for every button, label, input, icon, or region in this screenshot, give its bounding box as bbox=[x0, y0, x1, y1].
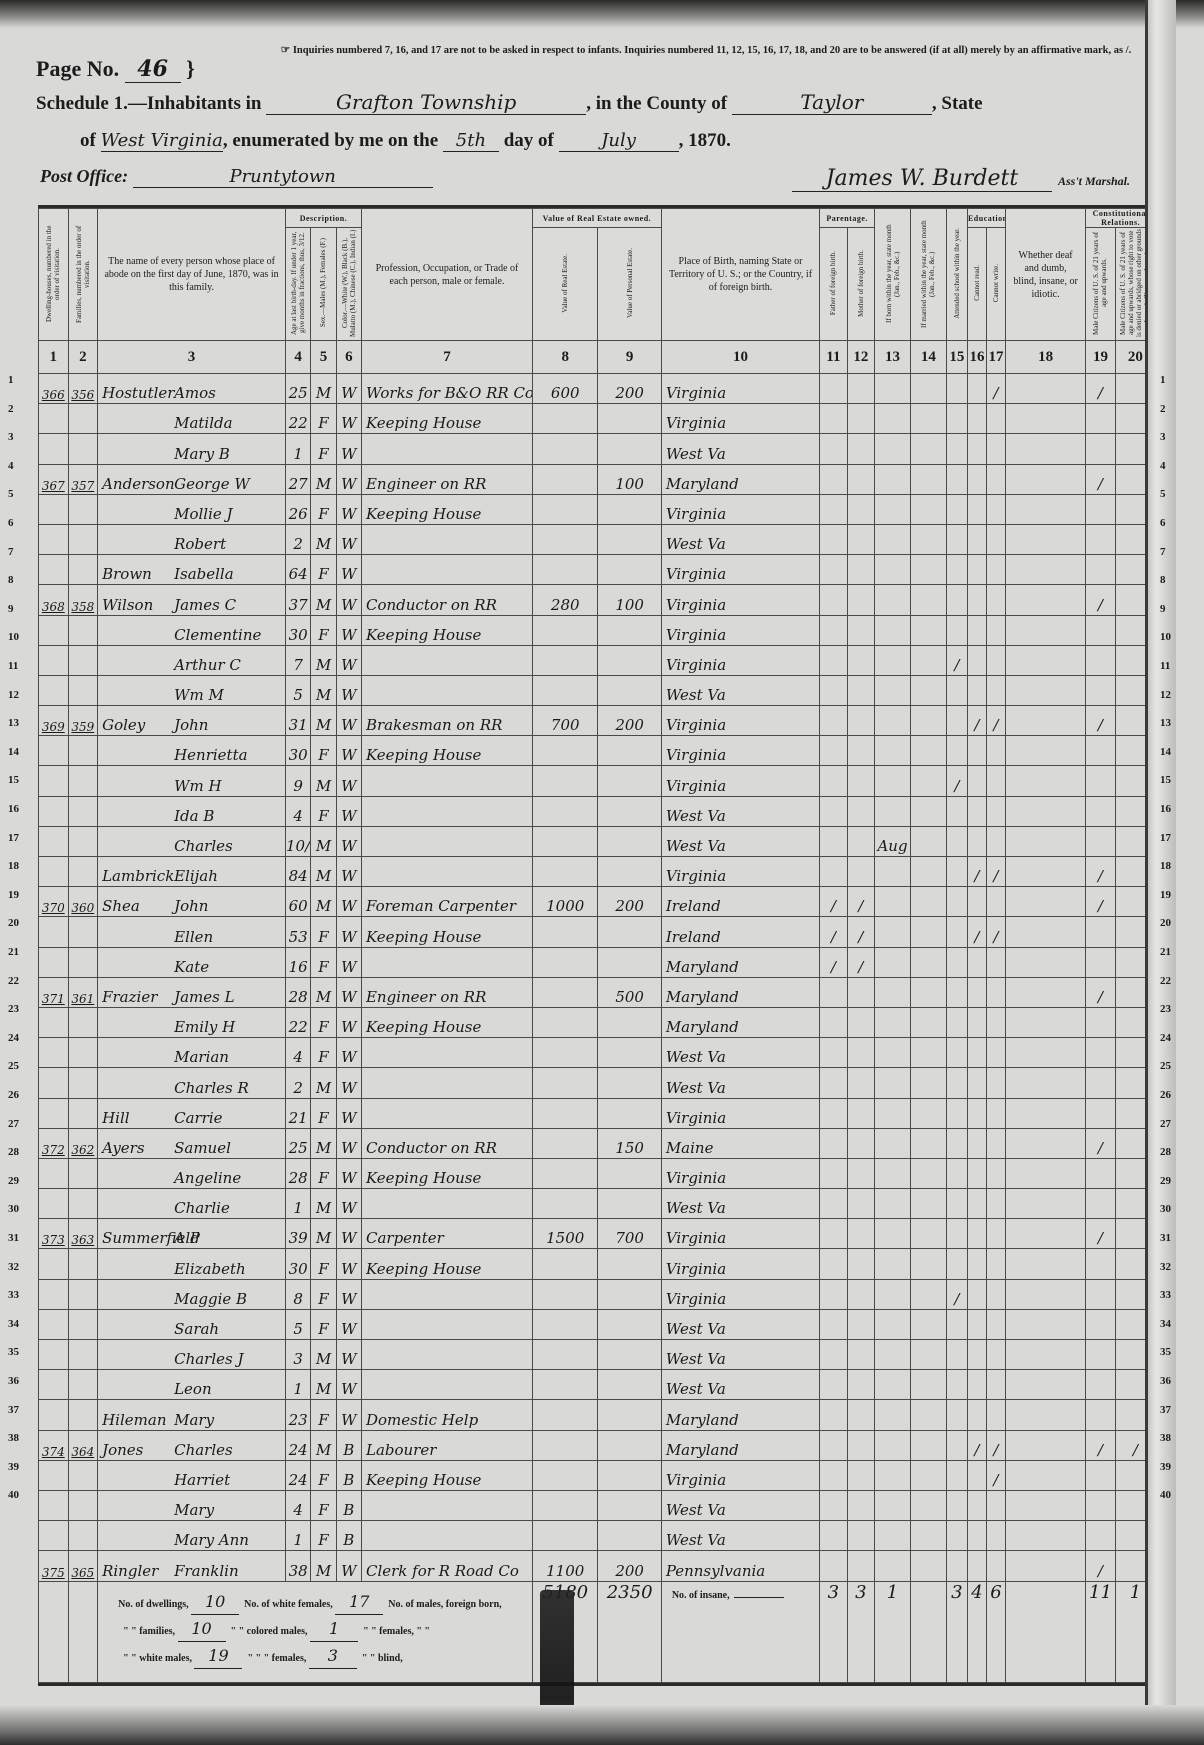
line-number-right: 31 bbox=[1160, 1232, 1171, 1244]
birthplace: Virginia bbox=[661, 585, 819, 615]
birthplace: West Va bbox=[661, 1309, 819, 1339]
deaf-blind-insane bbox=[1005, 675, 1085, 705]
surname: Hill bbox=[102, 1109, 174, 1127]
age: 25 bbox=[286, 1128, 311, 1158]
cannot-write-mark bbox=[986, 1158, 1005, 1188]
column-number-15: 15 bbox=[946, 341, 967, 374]
line-number-left: 11 bbox=[8, 660, 18, 672]
born-within-year bbox=[875, 1007, 911, 1037]
personal-estate-value bbox=[598, 1521, 661, 1551]
born-within-year bbox=[875, 706, 911, 736]
line-number-left: 31 bbox=[8, 1232, 19, 1244]
family-number bbox=[68, 766, 98, 796]
insane-count bbox=[734, 1597, 784, 1598]
personal-estate-value bbox=[598, 1460, 661, 1490]
birthplace: Virginia bbox=[661, 766, 819, 796]
real-estate-value bbox=[533, 1400, 598, 1430]
sex: F bbox=[311, 1098, 336, 1128]
enumerated-label: , enumerated by me on the bbox=[223, 130, 438, 151]
sex: M bbox=[311, 645, 336, 675]
cannot-write-mark bbox=[986, 1340, 1005, 1370]
cannot-read-mark bbox=[967, 1128, 986, 1158]
married-within-year bbox=[910, 1007, 946, 1037]
family-number bbox=[68, 947, 98, 977]
married-within-year bbox=[910, 706, 946, 736]
family-number bbox=[68, 1158, 98, 1188]
census-row: Kate16FWMaryland// bbox=[39, 947, 1156, 977]
birthplace: Virginia bbox=[661, 615, 819, 645]
real-estate-value bbox=[533, 1370, 598, 1400]
column-number-10: 10 bbox=[661, 341, 819, 374]
married-within-year bbox=[910, 1490, 946, 1520]
line-number-left: 14 bbox=[8, 746, 19, 758]
family-number bbox=[68, 736, 98, 766]
sex: F bbox=[311, 917, 336, 947]
born-within-year bbox=[875, 615, 911, 645]
cannot-write-mark bbox=[986, 615, 1005, 645]
mother-foreign-mark: / bbox=[847, 887, 874, 917]
person-name: RinglerFranklin bbox=[98, 1551, 286, 1581]
cannot-read-mark bbox=[967, 796, 986, 826]
mother-foreign-mark bbox=[847, 645, 874, 675]
of-label: of bbox=[80, 130, 96, 151]
sex: F bbox=[311, 404, 336, 434]
census-row: Clementine30FWKeeping HouseVirginia bbox=[39, 615, 1156, 645]
birthplace: Maine bbox=[661, 1128, 819, 1158]
family-number bbox=[68, 796, 98, 826]
sex: M bbox=[311, 1219, 336, 1249]
line-number-right: 36 bbox=[1160, 1375, 1171, 1387]
father-foreign-mark bbox=[820, 1370, 847, 1400]
sex: F bbox=[311, 1490, 336, 1520]
father-foreign-mark bbox=[820, 1340, 847, 1370]
male-citizen-mark: / bbox=[1086, 977, 1116, 1007]
attended-school-mark bbox=[946, 675, 967, 705]
census-row: Mary4FBWest Va bbox=[39, 1490, 1156, 1520]
personal-estate-value bbox=[598, 766, 661, 796]
color: W bbox=[336, 1400, 361, 1430]
color: W bbox=[336, 494, 361, 524]
age: 4 bbox=[286, 1490, 311, 1520]
occupation bbox=[361, 826, 532, 856]
male-citizen-mark bbox=[1086, 645, 1116, 675]
dwelling-number bbox=[39, 404, 69, 434]
line-number-right: 37 bbox=[1160, 1404, 1171, 1416]
given-name: Harriet bbox=[174, 1471, 230, 1489]
personal-estate-value bbox=[598, 796, 661, 826]
age: 31 bbox=[286, 706, 311, 736]
married-within-year bbox=[910, 1370, 946, 1400]
family-number bbox=[68, 645, 98, 675]
occupation: Keeping House bbox=[361, 1158, 532, 1188]
family-number bbox=[68, 1340, 98, 1370]
born-within-year bbox=[875, 374, 911, 404]
column-number-1: 1 bbox=[39, 341, 69, 374]
census-rows: 1234567891011121314151617181920 366356Ho… bbox=[39, 341, 1156, 1683]
father-foreign-mark bbox=[820, 464, 847, 494]
personal-estate-value: 150 bbox=[598, 1128, 661, 1158]
born-within-year bbox=[875, 1038, 911, 1068]
family-number: 357 bbox=[68, 464, 98, 494]
birthplace: West Va bbox=[661, 796, 819, 826]
parentage-group-head: Parentage. bbox=[820, 209, 875, 228]
dwelling-number bbox=[39, 917, 69, 947]
family-number: 358 bbox=[68, 585, 98, 615]
day-of-label: day of bbox=[504, 130, 554, 151]
dwelling-number bbox=[39, 1189, 69, 1219]
mother-foreign-mark bbox=[847, 1430, 874, 1460]
line-number-right: 38 bbox=[1160, 1432, 1171, 1444]
insane-label: No. of insane, bbox=[666, 1590, 730, 1601]
male-citizen-mark: / bbox=[1086, 1219, 1116, 1249]
dwelling-number: 372 bbox=[39, 1128, 69, 1158]
family-number bbox=[68, 1370, 98, 1400]
birthplace: Virginia bbox=[661, 494, 819, 524]
color: W bbox=[336, 1158, 361, 1188]
color: W bbox=[336, 404, 361, 434]
line-number-right: 8 bbox=[1160, 574, 1166, 586]
mother-foreign-mark bbox=[847, 1038, 874, 1068]
birthplace: West Va bbox=[661, 1189, 819, 1219]
attended-school-mark bbox=[946, 1219, 967, 1249]
age: 22 bbox=[286, 404, 311, 434]
age: 64 bbox=[286, 555, 311, 585]
line-number-left: 22 bbox=[8, 975, 19, 987]
occupation: Conductor on RR bbox=[361, 585, 532, 615]
age: 5 bbox=[286, 675, 311, 705]
given-name: Ida B bbox=[174, 807, 214, 825]
census-row: Angeline28FWKeeping HouseVirginia bbox=[39, 1158, 1156, 1188]
family-number bbox=[68, 917, 98, 947]
given-name: Leon bbox=[174, 1380, 212, 1398]
birthplace: West Va bbox=[661, 1038, 819, 1068]
birthplace: Virginia bbox=[661, 736, 819, 766]
deaf-blind-insane bbox=[1005, 826, 1085, 856]
attended-school-mark bbox=[946, 706, 967, 736]
deaf-blind-insane bbox=[1005, 615, 1085, 645]
married-within-year bbox=[910, 1309, 946, 1339]
sex: F bbox=[311, 1249, 336, 1279]
birthplace: Virginia bbox=[661, 1219, 819, 1249]
real-estate-value: 1500 bbox=[533, 1219, 598, 1249]
real-estate-value bbox=[533, 947, 598, 977]
mother-foreign-mark bbox=[847, 1219, 874, 1249]
sex: M bbox=[311, 826, 336, 856]
cannot-read-mark bbox=[967, 826, 986, 856]
personal-estate-value bbox=[598, 1309, 661, 1339]
married-within-year bbox=[910, 766, 946, 796]
occupation bbox=[361, 1340, 532, 1370]
cannot-write-mark bbox=[986, 494, 1005, 524]
given-name: Kate bbox=[174, 958, 209, 976]
father-foreign-mark bbox=[820, 1279, 847, 1309]
line-number-left: 8 bbox=[8, 574, 14, 586]
cannot-read-mark bbox=[967, 585, 986, 615]
male-citizen-mark bbox=[1086, 1309, 1116, 1339]
attended-school-mark bbox=[946, 1158, 967, 1188]
married-within-year bbox=[910, 1068, 946, 1098]
cannot-read-mark bbox=[967, 1219, 986, 1249]
sex: M bbox=[311, 675, 336, 705]
cannot-write-mark bbox=[986, 977, 1005, 1007]
male-citizen-mark bbox=[1086, 796, 1116, 826]
column-number-13: 13 bbox=[875, 341, 911, 374]
cannot-read-mark bbox=[967, 494, 986, 524]
father-foreign-mark: / bbox=[820, 887, 847, 917]
male-citizen-mark: / bbox=[1086, 1128, 1116, 1158]
sex: F bbox=[311, 494, 336, 524]
family-number bbox=[68, 615, 98, 645]
attended-school-mark bbox=[946, 555, 967, 585]
blind-label: " " blind, bbox=[362, 1653, 403, 1664]
occupation bbox=[361, 947, 532, 977]
real-estate-value: 280 bbox=[533, 585, 598, 615]
father-foreign-mark bbox=[820, 1068, 847, 1098]
occupation bbox=[361, 766, 532, 796]
cannot-read-mark bbox=[967, 1309, 986, 1339]
summary-blank-2 bbox=[68, 1581, 98, 1682]
father-foreign-mark bbox=[820, 706, 847, 736]
deaf-blind-insane bbox=[1005, 1038, 1085, 1068]
cannot-read-mark bbox=[967, 524, 986, 554]
person-name: HillCarrie bbox=[98, 1098, 286, 1128]
cannot-write-mark bbox=[986, 1128, 1005, 1158]
person-name: Sarah bbox=[98, 1309, 286, 1339]
mother-foreign-mark bbox=[847, 1400, 874, 1430]
father-foreign-mark bbox=[820, 1309, 847, 1339]
surname: Hostutler bbox=[102, 384, 174, 402]
deaf-blind-insane bbox=[1005, 947, 1085, 977]
line-number-left: 6 bbox=[8, 517, 14, 529]
line-number-right: 12 bbox=[1160, 689, 1171, 701]
deaf-blind-insane bbox=[1005, 1158, 1085, 1188]
given-name: Henrietta bbox=[174, 746, 247, 764]
father-foreign-mark bbox=[820, 1128, 847, 1158]
color: W bbox=[336, 1128, 361, 1158]
father-foreign-mark bbox=[820, 1219, 847, 1249]
dwelling-number bbox=[39, 1279, 69, 1309]
col-head-8: Value of Real Estate. bbox=[533, 228, 598, 341]
dwelling-number bbox=[39, 947, 69, 977]
total-c13: 1 bbox=[875, 1581, 911, 1682]
occupation bbox=[361, 1370, 532, 1400]
given-name: Robert bbox=[174, 535, 226, 553]
col-head-5-text: Sex.—Males (M.), Females (F.) bbox=[319, 238, 327, 327]
sex: M bbox=[311, 887, 336, 917]
column-number-18: 18 bbox=[1005, 341, 1085, 374]
born-within-year bbox=[875, 555, 911, 585]
census-row: Wm M5MWWest Va bbox=[39, 675, 1156, 705]
line-number-left: 7 bbox=[8, 546, 14, 558]
line-number-right: 23 bbox=[1160, 1003, 1171, 1015]
born-within-year bbox=[875, 464, 911, 494]
cannot-write-mark bbox=[986, 675, 1005, 705]
cannot-read-mark: / bbox=[967, 857, 986, 887]
census-row: Matilda22FWKeeping HouseVirginia bbox=[39, 404, 1156, 434]
person-name: Harriet bbox=[98, 1460, 286, 1490]
married-within-year bbox=[910, 977, 946, 1007]
color: B bbox=[336, 1521, 361, 1551]
color: W bbox=[336, 675, 361, 705]
deaf-blind-insane bbox=[1005, 1309, 1085, 1339]
person-name: JonesCharles bbox=[98, 1430, 286, 1460]
male-citizen-mark: / bbox=[1086, 857, 1116, 887]
census-row: Elizabeth30FWKeeping HouseVirginia bbox=[39, 1249, 1156, 1279]
personal-estate-value bbox=[598, 1249, 661, 1279]
person-name: Wm M bbox=[98, 675, 286, 705]
dwelling-number bbox=[39, 1249, 69, 1279]
occupation bbox=[361, 645, 532, 675]
sex: M bbox=[311, 1370, 336, 1400]
sex: F bbox=[311, 434, 336, 464]
father-foreign-mark bbox=[820, 857, 847, 887]
census-sheet: Page No. 46 } ☞ Inquiries numbered 7, 16… bbox=[0, 0, 1176, 1745]
person-name: Leon bbox=[98, 1370, 286, 1400]
sex: F bbox=[311, 1007, 336, 1037]
birthplace: Virginia bbox=[661, 555, 819, 585]
attended-school-mark bbox=[946, 796, 967, 826]
sex: F bbox=[311, 1038, 336, 1068]
born-within-year bbox=[875, 1128, 911, 1158]
color: W bbox=[336, 887, 361, 917]
personal-estate-value bbox=[598, 947, 661, 977]
marshal-signature: James W. Burdett bbox=[792, 166, 1052, 192]
attended-school-mark bbox=[946, 1098, 967, 1128]
attended-school-mark bbox=[946, 1490, 967, 1520]
birthplace: Virginia bbox=[661, 1460, 819, 1490]
color: B bbox=[336, 1460, 361, 1490]
married-within-year bbox=[910, 494, 946, 524]
col-head-2: Families, numbered in the order of visit… bbox=[68, 209, 98, 341]
line-number-right: 18 bbox=[1160, 860, 1171, 872]
county-label: , in the County of bbox=[586, 93, 727, 114]
male-citizen-mark bbox=[1086, 947, 1116, 977]
attended-school-mark bbox=[946, 1189, 967, 1219]
scan-shadow-bottom bbox=[0, 1705, 1204, 1745]
married-within-year bbox=[910, 887, 946, 917]
married-within-year bbox=[910, 404, 946, 434]
male-citizen-mark bbox=[1086, 434, 1116, 464]
born-within-year bbox=[875, 1430, 911, 1460]
family-number bbox=[68, 1007, 98, 1037]
col-head-19-text: Male Citizens of U. S. of 21 years of ag… bbox=[1092, 228, 1108, 338]
color: W bbox=[336, 857, 361, 887]
age: 30 bbox=[286, 615, 311, 645]
sex: F bbox=[311, 1309, 336, 1339]
surname: Jones bbox=[102, 1441, 174, 1459]
father-foreign-mark bbox=[820, 796, 847, 826]
given-name: Mary Ann bbox=[174, 1531, 249, 1549]
real-estate-value bbox=[533, 1309, 598, 1339]
married-within-year bbox=[910, 434, 946, 464]
attended-school-mark bbox=[946, 585, 967, 615]
dwelling-number bbox=[39, 1460, 69, 1490]
deaf-blind-insane bbox=[1005, 977, 1085, 1007]
person-name: WilsonJames C bbox=[98, 585, 286, 615]
sex: M bbox=[311, 374, 336, 404]
surname: Ringler bbox=[102, 1562, 174, 1580]
father-foreign-mark bbox=[820, 1460, 847, 1490]
line-number-right: 2 bbox=[1160, 403, 1166, 415]
male-citizen-mark bbox=[1086, 736, 1116, 766]
sex: F bbox=[311, 947, 336, 977]
attended-school-mark bbox=[946, 977, 967, 1007]
attended-school-mark bbox=[946, 1128, 967, 1158]
real-estate-value bbox=[533, 1158, 598, 1188]
census-row: Charles10/12MWWest VaAug bbox=[39, 826, 1156, 856]
col-head-9: Value of Personal Estate. bbox=[598, 228, 661, 341]
given-name: John bbox=[174, 897, 208, 915]
dwelling-number bbox=[39, 796, 69, 826]
col-head-15: Attended school within the year. bbox=[946, 209, 967, 341]
dwelling-number: 370 bbox=[39, 887, 69, 917]
father-foreign-mark bbox=[820, 585, 847, 615]
person-name: Maggie B bbox=[98, 1279, 286, 1309]
line-number-left: 5 bbox=[8, 488, 14, 500]
line-number-left: 20 bbox=[8, 917, 19, 929]
color: W bbox=[336, 736, 361, 766]
mother-foreign-mark bbox=[847, 404, 874, 434]
person-name: SheaJohn bbox=[98, 887, 286, 917]
person-name: Elizabeth bbox=[98, 1249, 286, 1279]
occupation: Keeping House bbox=[361, 494, 532, 524]
cannot-write-mark bbox=[986, 796, 1005, 826]
post-office-field: Pruntytown bbox=[133, 166, 433, 188]
sex: F bbox=[311, 555, 336, 585]
family-number bbox=[68, 1068, 98, 1098]
person-name: Marian bbox=[98, 1038, 286, 1068]
given-name: Isabella bbox=[174, 565, 234, 583]
age: 27 bbox=[286, 464, 311, 494]
family-number bbox=[68, 675, 98, 705]
deaf-blind-insane bbox=[1005, 374, 1085, 404]
color: W bbox=[336, 1340, 361, 1370]
real-estate-value bbox=[533, 1189, 598, 1219]
deaf-blind-insane bbox=[1005, 1400, 1085, 1430]
male-citizen-mark bbox=[1086, 1340, 1116, 1370]
month-field: July bbox=[559, 130, 679, 152]
line-number-right: 27 bbox=[1160, 1118, 1171, 1130]
dwelling-number bbox=[39, 736, 69, 766]
personal-estate-value bbox=[598, 1158, 661, 1188]
person-name: Kate bbox=[98, 947, 286, 977]
dwellings-count: 10 bbox=[191, 1590, 239, 1615]
line-number-right: 1 bbox=[1160, 374, 1166, 386]
line-number-left: 19 bbox=[8, 889, 19, 901]
occupation: Carpenter bbox=[361, 1219, 532, 1249]
occupation bbox=[361, 1189, 532, 1219]
male-citizen-mark bbox=[1086, 1098, 1116, 1128]
census-row: Charlie1MWWest Va bbox=[39, 1189, 1156, 1219]
male-citizen-mark bbox=[1086, 675, 1116, 705]
age: 3 bbox=[286, 1340, 311, 1370]
line-number-right: 17 bbox=[1160, 832, 1171, 844]
person-name: Wm H bbox=[98, 766, 286, 796]
father-foreign-mark bbox=[820, 1098, 847, 1128]
cannot-read-mark bbox=[967, 1098, 986, 1128]
color: W bbox=[336, 645, 361, 675]
male-citizen-mark bbox=[1086, 524, 1116, 554]
married-within-year bbox=[910, 675, 946, 705]
attended-school-mark bbox=[946, 404, 967, 434]
attended-school-mark bbox=[946, 826, 967, 856]
cannot-read-mark bbox=[967, 615, 986, 645]
personal-estate-value bbox=[598, 555, 661, 585]
age: 28 bbox=[286, 977, 311, 1007]
dwelling-number bbox=[39, 1400, 69, 1430]
occupation: Keeping House bbox=[361, 736, 532, 766]
line-number-left: 38 bbox=[8, 1432, 19, 1444]
